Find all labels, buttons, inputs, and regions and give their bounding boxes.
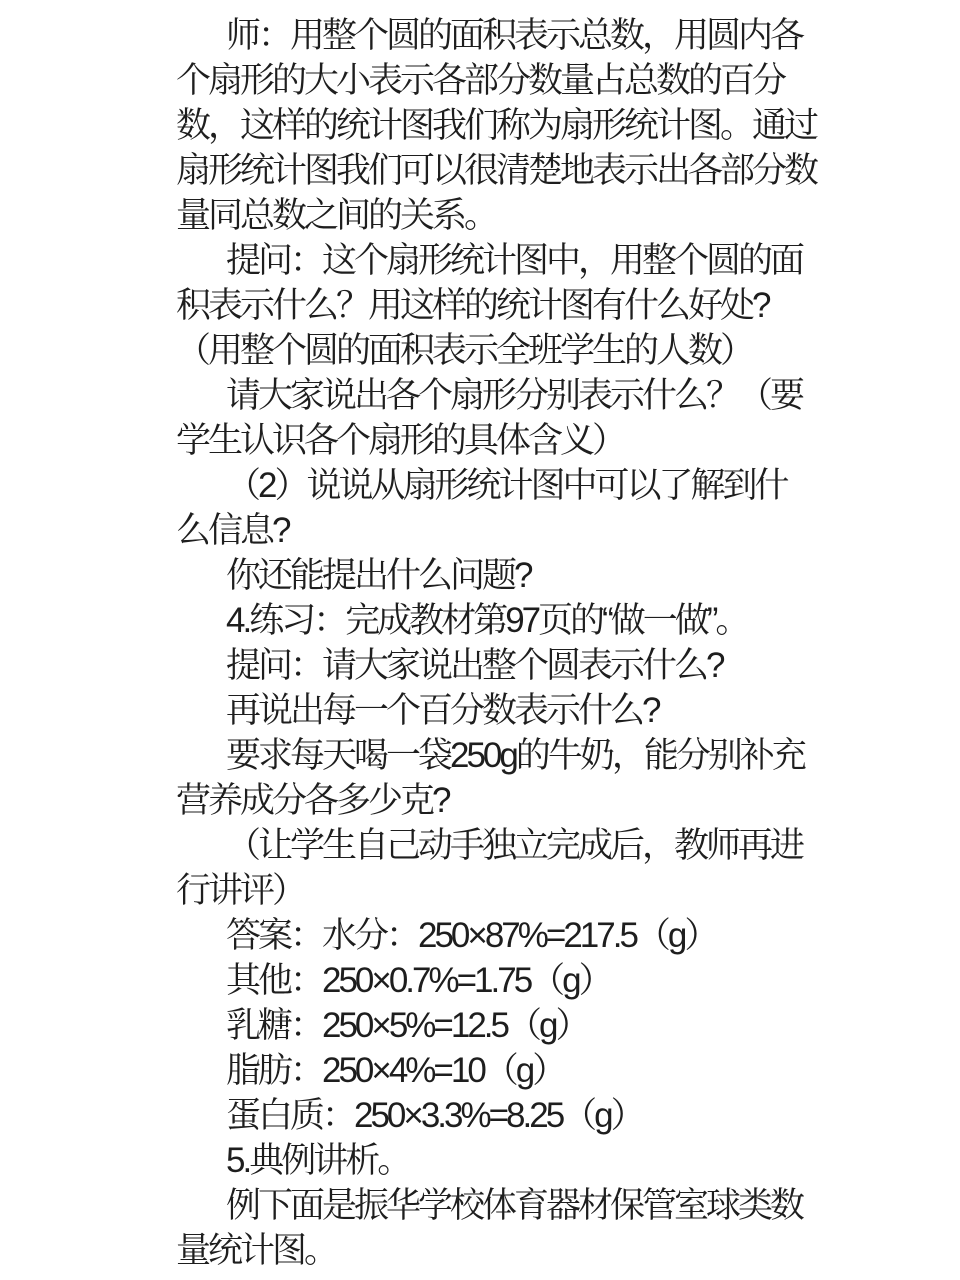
text-line: 4.练习：完成教材第97页的“做一做”。 — [176, 598, 916, 643]
text-line: 乳糖：250×5%=12.5（g） — [176, 1003, 916, 1048]
text-line: 扇形统计图我们可以很清楚地表示出各部分数 — [176, 148, 916, 193]
text-line: 其他：250×0.7%=1.75（g） — [176, 958, 916, 1003]
document-body: 师：用整个圆的面积表示总数，用圆内各个扇形的大小表示各部分数量占总数的百分数，这… — [176, 13, 916, 1273]
text-line: 积表示什么？用这样的统计图有什么好处? — [176, 283, 916, 328]
text-line: 么信息? — [176, 508, 916, 553]
text-line: 行讲评） — [176, 868, 916, 913]
text-line: （2）说说从扇形统计图中可以了解到什 — [176, 463, 916, 508]
text-line: 你还能提出什么问题? — [176, 553, 916, 598]
text-line: 营养成分各多少克? — [176, 778, 916, 823]
text-line: 请大家说出各个扇形分别表示什么？（要 — [176, 373, 916, 418]
text-line: 要求每天喝一袋250g的牛奶，能分别补充 — [176, 733, 916, 778]
document-page: 师：用整个圆的面积表示总数，用圆内各个扇形的大小表示各部分数量占总数的百分数，这… — [0, 0, 960, 1280]
text-line: （用整个圆的面积表示全班学生的人数） — [176, 328, 916, 373]
text-line: 再说出每一个百分数表示什么? — [176, 688, 916, 733]
text-line: 提问：请大家说出整个圆表示什么? — [176, 643, 916, 688]
text-line: （让学生自己动手独立完成后，教师再进 — [176, 823, 916, 868]
text-line: 个扇形的大小表示各部分数量占总数的百分 — [176, 58, 916, 103]
text-line: 蛋白质：250×3.3%=8.25（g） — [176, 1093, 916, 1138]
text-line: 脂肪：250×4%=10（g） — [176, 1048, 916, 1093]
text-line: 提问：这个扇形统计图中，用整个圆的面 — [176, 238, 916, 283]
text-line: 例下面是振华学校体育器材保管室球类数 — [176, 1183, 916, 1228]
text-line: 量统计图。 — [176, 1228, 916, 1273]
text-line: 学生认识各个扇形的具体含义） — [176, 418, 916, 463]
text-line: 数，这样的统计图我们称为扇形统计图。通过 — [176, 103, 916, 148]
text-line: 答案：水分：250×87%=217.5（g） — [176, 913, 916, 958]
text-line: 师：用整个圆的面积表示总数，用圆内各 — [176, 13, 916, 58]
text-line: 5.典例讲析。 — [176, 1138, 916, 1183]
text-line: 量同总数之间的关系。 — [176, 193, 916, 238]
